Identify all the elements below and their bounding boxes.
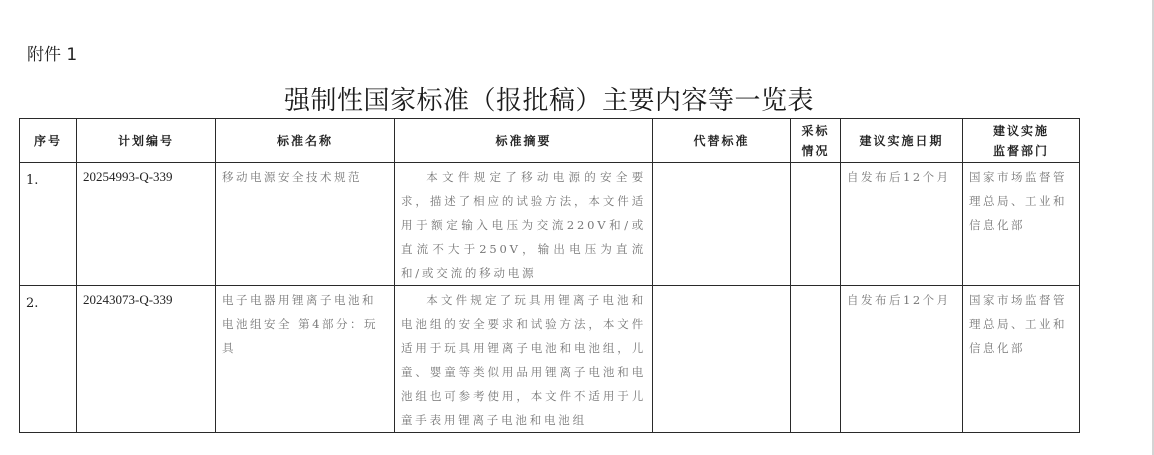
cell-abstract: 本文件规定了玩具用锂离子电池和电池组的安全要求和试验方法，本文件适用于玩具用锂离…: [395, 286, 653, 433]
table-header-row: 序号 计划编号 标准名称 标准摘要 代替标准 采标 情况 建议实施日期 建议实施…: [20, 119, 1080, 163]
row-seq: 2.: [20, 286, 76, 316]
header-abstract: 标准摘要: [395, 119, 653, 163]
header-standard-name: 标准名称: [216, 119, 395, 163]
row-abstract: 本文件规定了玩具用锂离子电池和电池组的安全要求和试验方法，本文件适用于玩具用锂离…: [395, 286, 652, 432]
cell-plan-no: 20243073-Q-339: [77, 286, 216, 433]
cell-seq: 2.: [20, 286, 77, 433]
row-plan-no: 20243073-Q-339: [77, 286, 215, 312]
row-dept: 国家市场监督管理总局、工业和信息化部: [963, 286, 1079, 360]
cell-seq: 1.: [20, 163, 77, 286]
header-adoption-line1: 采标: [791, 121, 840, 141]
cell-standard-name: 电子电器用锂离子电池和电池组安全 第4部分：玩具: [216, 286, 395, 433]
table-row: 1. 20254993-Q-339 移动电源安全技术规范 本文件规定了移动电源的…: [20, 163, 1080, 286]
cell-abstract: 本文件规定了移动电源的安全要求，描述了相应的试验方法，本文件适用于额定输入电压为…: [395, 163, 653, 286]
row-adoption: [791, 286, 840, 288]
row-standard-name: 电子电器用锂离子电池和电池组安全 第4部分：玩具: [216, 286, 394, 360]
header-dept-line1: 建议实施: [963, 121, 1079, 141]
header-adoption-line2: 情况: [791, 141, 840, 161]
standards-table: 序号 计划编号 标准名称 标准摘要 代替标准 采标 情况 建议实施日期 建议实施…: [19, 118, 1080, 433]
cell-impl-date: 自发布后12个月: [841, 163, 963, 286]
row-replaces: [653, 163, 790, 165]
row-plan-no: 20254993-Q-339: [77, 163, 215, 189]
row-abstract: 本文件规定了移动电源的安全要求，描述了相应的试验方法，本文件适用于额定输入电压为…: [395, 163, 652, 285]
cell-adoption: [791, 163, 841, 286]
cell-replaces: [653, 163, 791, 286]
cell-impl-date: 自发布后12个月: [841, 286, 963, 433]
row-adoption: [791, 163, 840, 165]
table-row: 2. 20243073-Q-339 电子电器用锂离子电池和电池组安全 第4部分：…: [20, 286, 1080, 433]
row-impl-date: 自发布后12个月: [841, 163, 962, 189]
header-impl-date: 建议实施日期: [841, 119, 963, 163]
row-standard-name: 移动电源安全技术规范: [216, 163, 394, 189]
header-dept-line2: 监督部门: [963, 141, 1079, 161]
cell-dept: 国家市场监督管理总局、工业和信息化部: [963, 163, 1080, 286]
header-plan-no: 计划编号: [77, 119, 216, 163]
header-seq: 序号: [20, 119, 77, 163]
attachment-label: 附件 1: [27, 40, 77, 65]
row-replaces: [653, 286, 790, 288]
cell-standard-name: 移动电源安全技术规范: [216, 163, 395, 286]
page-title: 强制性国家标准（报批稿）主要内容等一览表: [0, 80, 1098, 117]
cell-replaces: [653, 286, 791, 433]
header-dept: 建议实施 监督部门: [963, 119, 1080, 163]
cell-plan-no: 20254993-Q-339: [77, 163, 216, 286]
header-replaces: 代替标准: [653, 119, 791, 163]
cell-dept: 国家市场监督管理总局、工业和信息化部: [963, 286, 1080, 433]
row-impl-date: 自发布后12个月: [841, 286, 962, 312]
cell-adoption: [791, 286, 841, 433]
header-adoption: 采标 情况: [791, 119, 841, 163]
row-seq: 1.: [20, 163, 76, 193]
row-dept: 国家市场监督管理总局、工业和信息化部: [963, 163, 1079, 237]
